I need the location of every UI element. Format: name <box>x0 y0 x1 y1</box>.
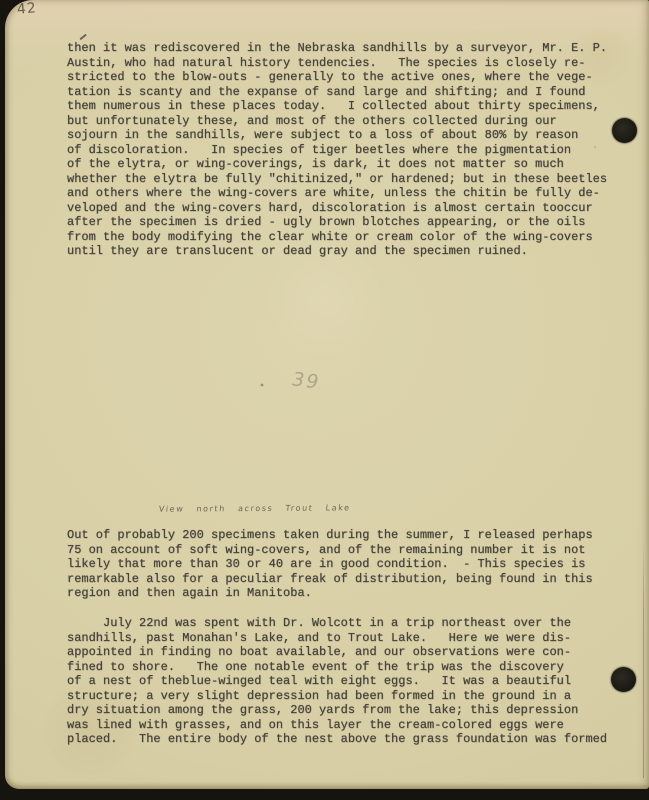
journal-page: 42 then it was rediscovered in the Nebra… <box>5 0 649 789</box>
hole-punch-dot-bottom <box>611 667 636 692</box>
photo-caption-handwritten: View north across Trout Lake <box>158 503 351 513</box>
typed-paragraph-specimens: Out of probably 200 specimens taken duri… <box>67 528 593 601</box>
typed-paragraph-trout-lake-trip: July 22nd was spent with Dr. Wolcott in … <box>67 616 607 747</box>
hole-punch-dot-top <box>612 118 637 143</box>
photo-frame-number-pencil: 39 <box>289 369 323 394</box>
typed-paragraph-discoloration: then it was rediscovered in the Nebraska… <box>67 41 607 259</box>
page-edge-shadow-line <box>643 540 645 778</box>
page-number-pencil: 42 <box>16 0 37 18</box>
